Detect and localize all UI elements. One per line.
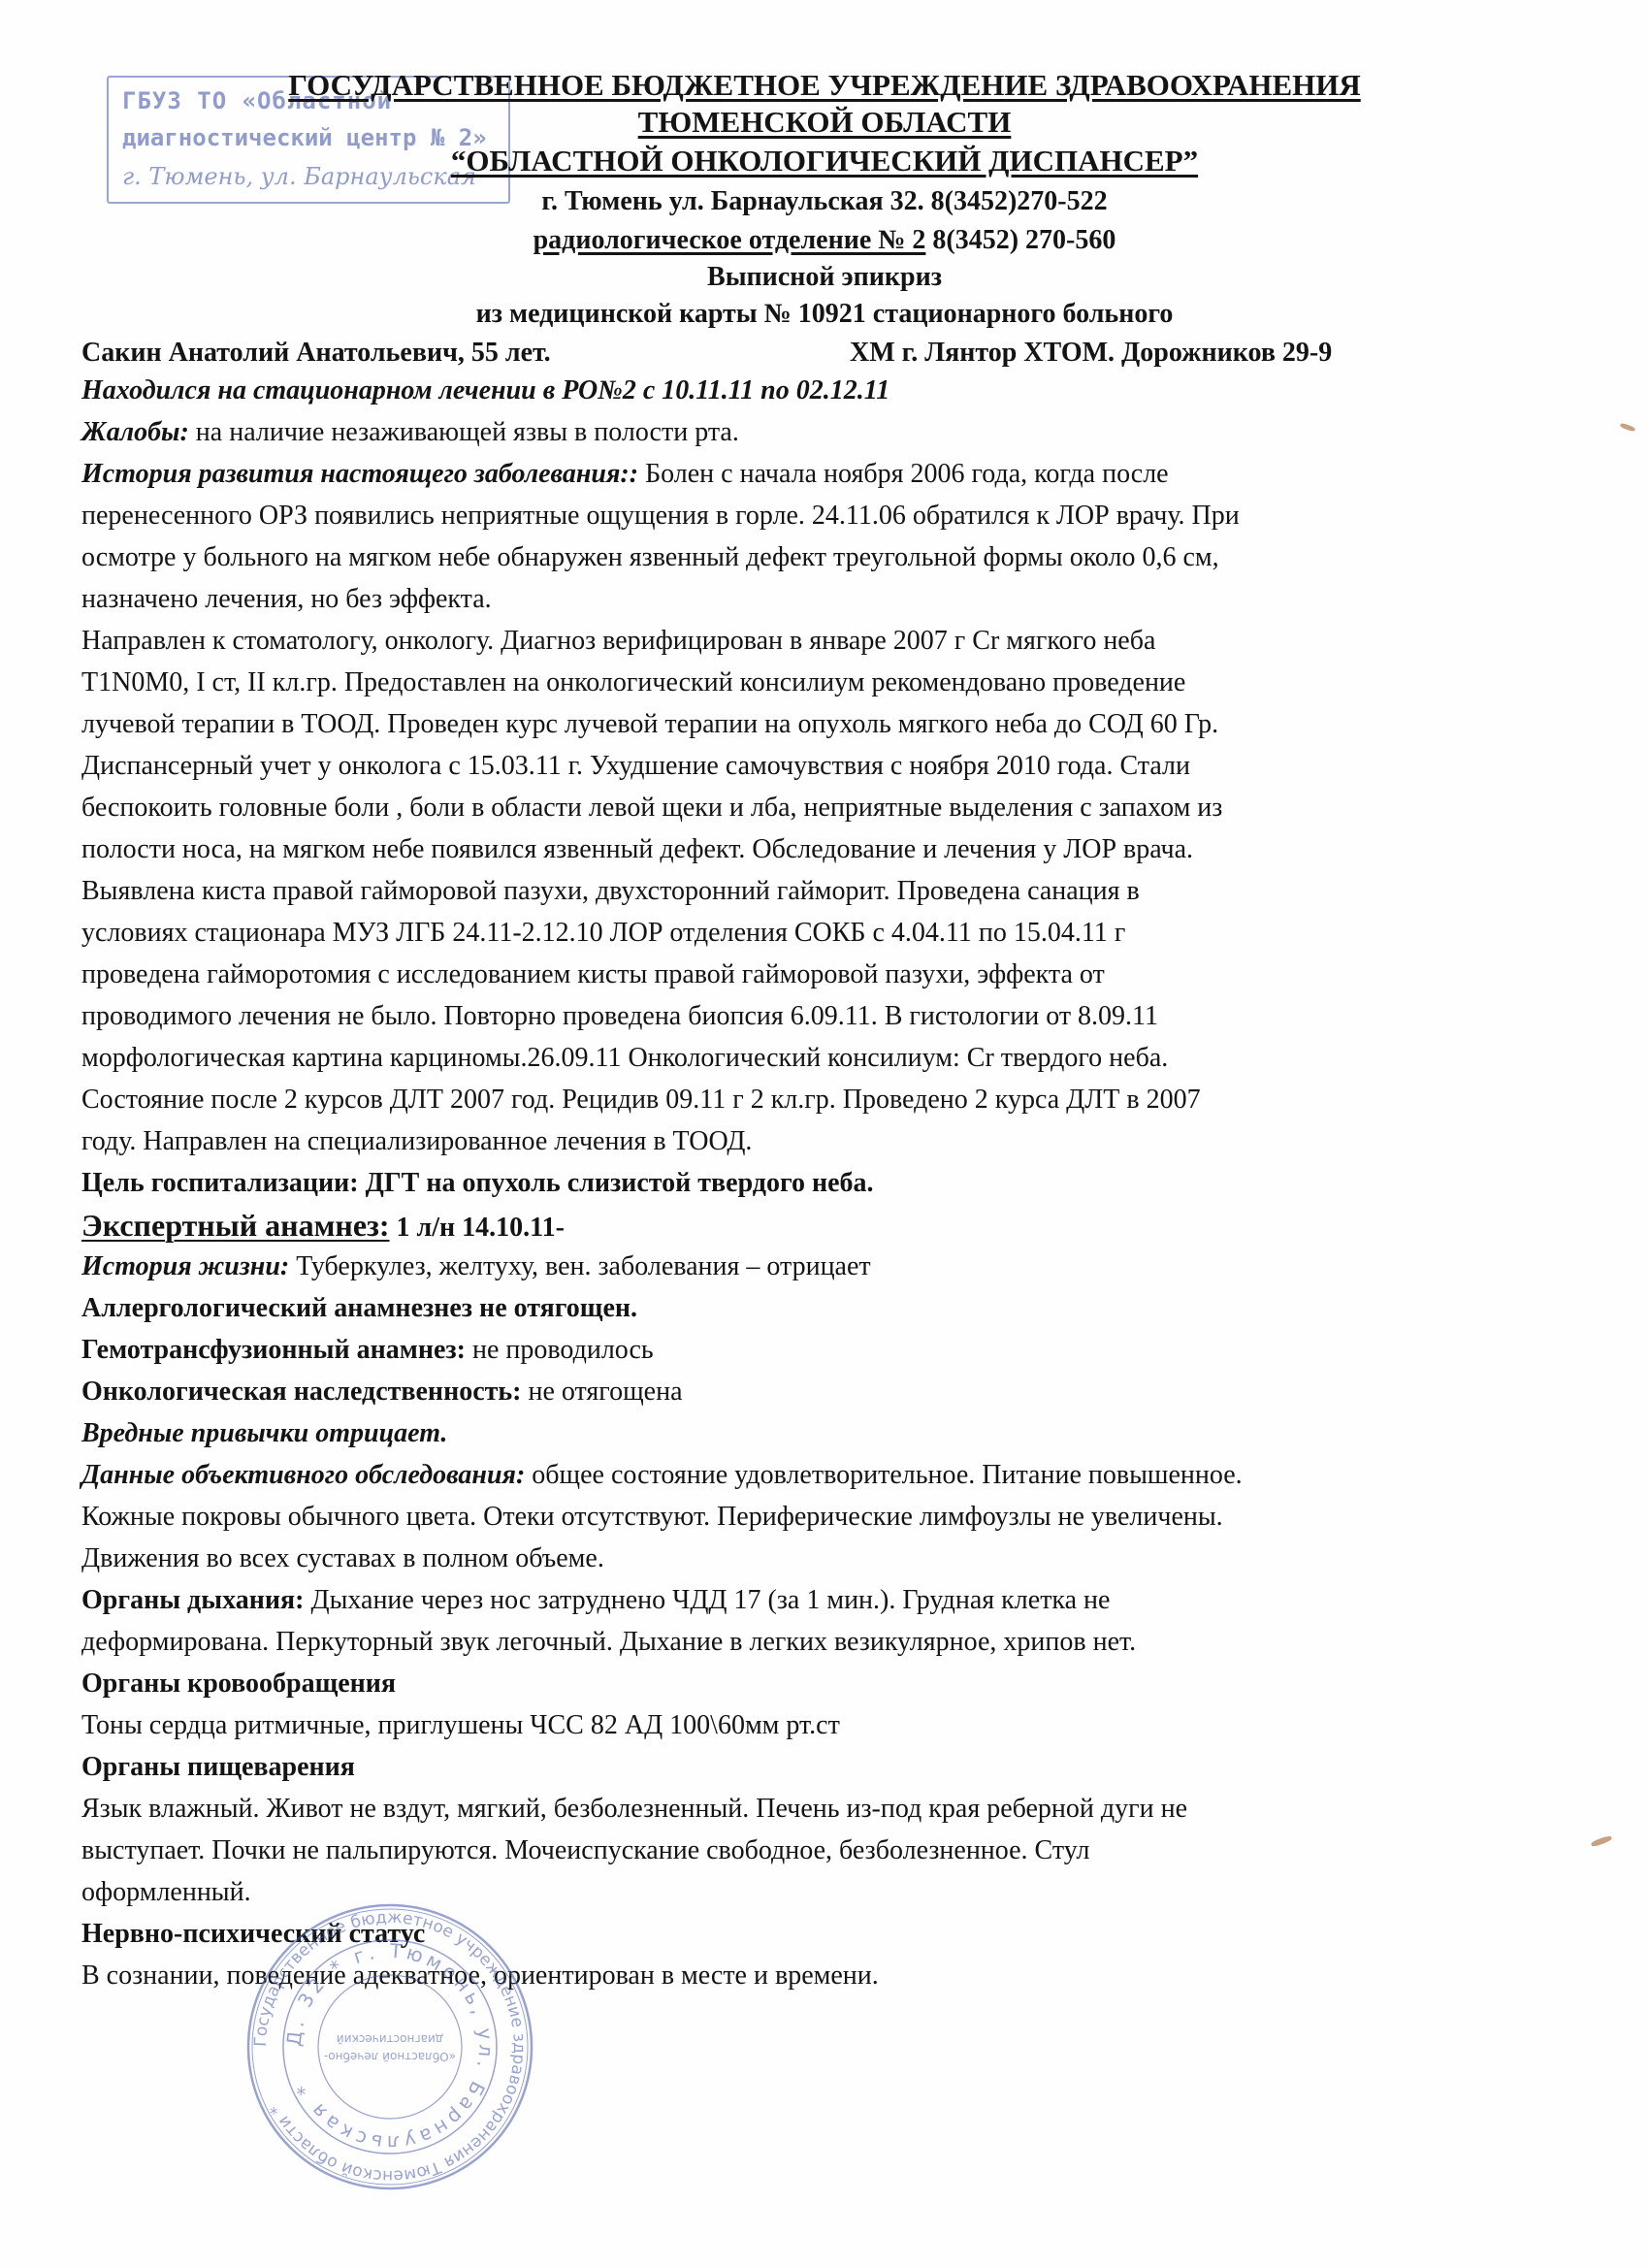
history-line: Выявлена киста правой гайморовой пазухи,…: [81, 875, 1140, 908]
history-text: назначено лечения, но без эффекта.: [81, 584, 492, 614]
respiratory-text: деформирована. Перкуторный звук легочный…: [81, 1627, 1136, 1657]
history-text: Болен с начала ноября 2006 года, когда п…: [638, 459, 1169, 489]
history-line: назначено лечения, но без эффекта.: [81, 583, 492, 616]
stay-dates: Находился на стационарном лечении в РО№2…: [81, 375, 889, 405]
habits-line: Вредные привычки отрицает.: [81, 1417, 447, 1450]
history-label: История развития настоящего заболевания:…: [81, 459, 638, 489]
transfusion-text: не проводилось: [466, 1335, 654, 1365]
history-text: году. Направлен на специализированное ле…: [81, 1126, 752, 1156]
circulatory-line: Тоны сердца ритмичные, приглушены ЧСС 82…: [81, 1709, 840, 1742]
respiratory-text: Дыхание через нос затруднено ЧДД 17 (за …: [304, 1585, 1110, 1615]
stay-line: Находился на стационарном лечении в РО№2…: [81, 374, 889, 407]
digestive-label: Органы пищеварения: [81, 1752, 355, 1782]
history-text: осмотре у больного на мягком небе обнару…: [81, 542, 1219, 572]
circulatory-text: Тоны сердца ритмичные, приглушены ЧСС 82…: [81, 1710, 840, 1740]
objective-line: Кожные покровы обычного цвета. Отеки отс…: [81, 1501, 1223, 1534]
transfusion-line: Гемотрансфузионный анамнез: не проводило…: [81, 1334, 654, 1367]
allergy-text: Аллергологический анамнезнез не отягощен…: [81, 1293, 637, 1323]
history-text: Состояние после 2 курсов ДЛТ 2007 год. Р…: [81, 1085, 1201, 1115]
history-line: осмотре у больного на мягком небе обнару…: [81, 541, 1219, 574]
transfusion-label: Гемотрансфузионный анамнез:: [81, 1335, 466, 1365]
heredity-line: Онкологическая наследственность: не отяг…: [81, 1376, 683, 1409]
goal-line: Цель госпитализации: ДГТ на опухоль слиз…: [81, 1167, 874, 1200]
goal-text: Цель госпитализации: ДГТ на опухоль слиз…: [81, 1168, 874, 1198]
history-line: лучевой терапии в ТООД. Проведен курс лу…: [81, 708, 1218, 741]
objective-label: Данные объективного обследования:: [81, 1460, 525, 1490]
round-stamp-center-1: «Областной лечебно-: [324, 2050, 456, 2063]
allergy-line: Аллергологический анамнезнез не отягощен…: [81, 1292, 637, 1325]
digestive-line: выступает. Почки не пальпируются. Мочеис…: [81, 1834, 1089, 1867]
heredity-label: Онкологическая наследственность:: [81, 1377, 522, 1407]
history-line: История развития настоящего заболевания:…: [81, 458, 1169, 491]
expert-value: 1 л/н 14.10.11-: [390, 1213, 565, 1243]
history-text: Диспансерный учет у онколога с 15.03.11 …: [81, 751, 1190, 781]
history-text: морфологическая картина карциномы.26.09.…: [81, 1043, 1168, 1073]
circulatory-heading: Органы кровообращения: [81, 1668, 396, 1701]
heredity-text: не отягощена: [522, 1377, 683, 1407]
history-text: беспокоить головные боли , боли в област…: [81, 793, 1222, 823]
digestive-line: Язык влажный. Живот не вздут, мягкий, бе…: [81, 1793, 1187, 1826]
history-text: условиях стационара МУЗ ЛГБ 24.11-2.12.1…: [81, 918, 1125, 948]
objective-line: Данные объективного обследования: общее …: [81, 1459, 1243, 1492]
history-text: перенесенного ОРЗ появились неприятные о…: [81, 501, 1240, 531]
history-line: проводимого лечения не было. Повторно пр…: [81, 1000, 1158, 1033]
history-text: Направлен к стоматологу, онкологу. Диагн…: [81, 626, 1155, 656]
org-name-text-2: ТЮМЕНСКОЙ ОБЛАСТИ: [638, 105, 1012, 139]
life-history-label: История жизни:: [81, 1251, 289, 1281]
history-line: T1N0M0, I ст, II кл.гр. Предоставлен на …: [81, 666, 1185, 699]
history-line: перенесенного ОРЗ появились неприятные о…: [81, 500, 1240, 533]
history-text: Выявлена киста правой гайморовой пазухи,…: [81, 876, 1140, 906]
history-line: морфологическая картина карциномы.26.09.…: [81, 1042, 1168, 1075]
round-stamp: Государственное бюджетное учреждение здр…: [244, 1901, 535, 2192]
complaints-text: на наличие незаживающей язвы в полости р…: [189, 417, 739, 447]
respiratory-line: деформирована. Перкуторный звук легочный…: [81, 1626, 1136, 1659]
history-line: полости носа, на мягком небе появился яз…: [81, 833, 1193, 866]
history-text: полости носа, на мягком небе появился яз…: [81, 834, 1193, 864]
respiratory-label: Органы дыхания:: [81, 1585, 304, 1615]
org-name-text-3: “ОБЛАСТНОЙ ОНКОЛОГИЧЕСКИЙ ДИСПАНСЕР”: [451, 144, 1198, 178]
digestive-text: оформленный.: [81, 1877, 251, 1907]
history-line: проведена гайморотомия с исследованием к…: [81, 958, 1105, 991]
document-page: ГБУЗ ТО «Областной диагностический центр…: [0, 0, 1649, 2268]
complaints-line: Жалобы: на наличие незаживающей язвы в п…: [81, 416, 739, 449]
document-title: Выписной эпикриз: [0, 262, 1649, 293]
org-name-line-2: ТЮМЕНСКОЙ ОБЛАСТИ: [0, 105, 1649, 140]
document-subtitle: из медицинской карты № 10921 стационарно…: [0, 299, 1649, 330]
digestive-line: оформленный.: [81, 1876, 251, 1909]
patient-info: Сакин Анатолий Анатольевич, 55 лет. ХМ г…: [81, 338, 1439, 369]
department-name: радиологическое отделение № 2: [533, 225, 926, 255]
org-name-line-3: “ОБЛАСТНОЙ ОНКОЛОГИЧЕСКИЙ ДИСПАНСЕР”: [0, 144, 1649, 178]
objective-text: Движения во всех суставах в полном объем…: [81, 1543, 604, 1573]
objective-text: Кожные покровы обычного цвета. Отеки отс…: [81, 1502, 1223, 1532]
respiratory-line: Органы дыхания: Дыхание через нос затруд…: [81, 1584, 1110, 1617]
history-line: Состояние после 2 курсов ДЛТ 2007 год. Р…: [81, 1084, 1201, 1117]
history-text: T1N0M0, I ст, II кл.гр. Предоставлен на …: [81, 667, 1185, 697]
life-history-text: Туберкулез, желтуху, вен. заболевания – …: [289, 1251, 870, 1281]
history-line: беспокоить головные боли , боли в област…: [81, 792, 1222, 825]
org-address: г. Тюмень ул. Барнаульская 32. 8(3452)27…: [0, 186, 1649, 217]
expert-line: Экспертный анамнез: 1 л/н 14.10.11-: [81, 1209, 565, 1245]
history-line: условиях стационара МУЗ ЛГБ 24.11-2.12.1…: [81, 917, 1125, 950]
history-line: Диспансерный учет у онколога с 15.03.11 …: [81, 750, 1190, 783]
department-phone: 8(3452) 270-560: [925, 225, 1115, 255]
history-text: проводимого лечения не было. Повторно пр…: [81, 1001, 1158, 1031]
patient-name-age: Сакин Анатолий Анатольевич, 55 лет.: [81, 338, 551, 368]
objective-line: Движения во всех суставах в полном объем…: [81, 1542, 604, 1575]
patient-address: ХМ г. Лянтор ХТОМ. Дорожников 29-9: [850, 338, 1332, 369]
org-name-line-1: ГОСУДАРСТВЕННОЕ БЮДЖЕТНОЕ УЧРЕЖДЕНИЕ ЗДР…: [0, 68, 1649, 103]
round-stamp-center-2: диагностический: [337, 2032, 443, 2046]
habits-text: Вредные привычки отрицает.: [81, 1418, 447, 1448]
objective-text: общее состояние удовлетворительное. Пита…: [525, 1460, 1242, 1490]
digestive-heading: Органы пищеварения: [81, 1751, 355, 1784]
circulatory-label: Органы кровообращения: [81, 1669, 396, 1699]
scan-artifact: [1620, 422, 1636, 432]
life-history-line: История жизни: Туберкулез, желтуху, вен.…: [81, 1250, 871, 1283]
complaints-label: Жалобы:: [81, 417, 189, 447]
history-line: Направлен к стоматологу, онкологу. Диагн…: [81, 625, 1155, 658]
org-name-text-1: ГОСУДАРСТВЕННОЕ БЮДЖЕТНОЕ УЧРЕЖДЕНИЕ ЗДР…: [288, 68, 1361, 102]
department-line: радиологическое отделение № 2 8(3452) 27…: [0, 225, 1649, 256]
history-line: году. Направлен на специализированное ле…: [81, 1125, 752, 1158]
scan-artifact: [1591, 1834, 1613, 1847]
digestive-text: выступает. Почки не пальпируются. Мочеис…: [81, 1835, 1089, 1865]
expert-label: Экспертный анамнез:: [81, 1208, 390, 1243]
history-text: лучевой терапии в ТООД. Проведен курс лу…: [81, 709, 1218, 739]
digestive-text: Язык влажный. Живот не вздут, мягкий, бе…: [81, 1794, 1187, 1824]
history-text: проведена гайморотомия с исследованием к…: [81, 959, 1105, 989]
